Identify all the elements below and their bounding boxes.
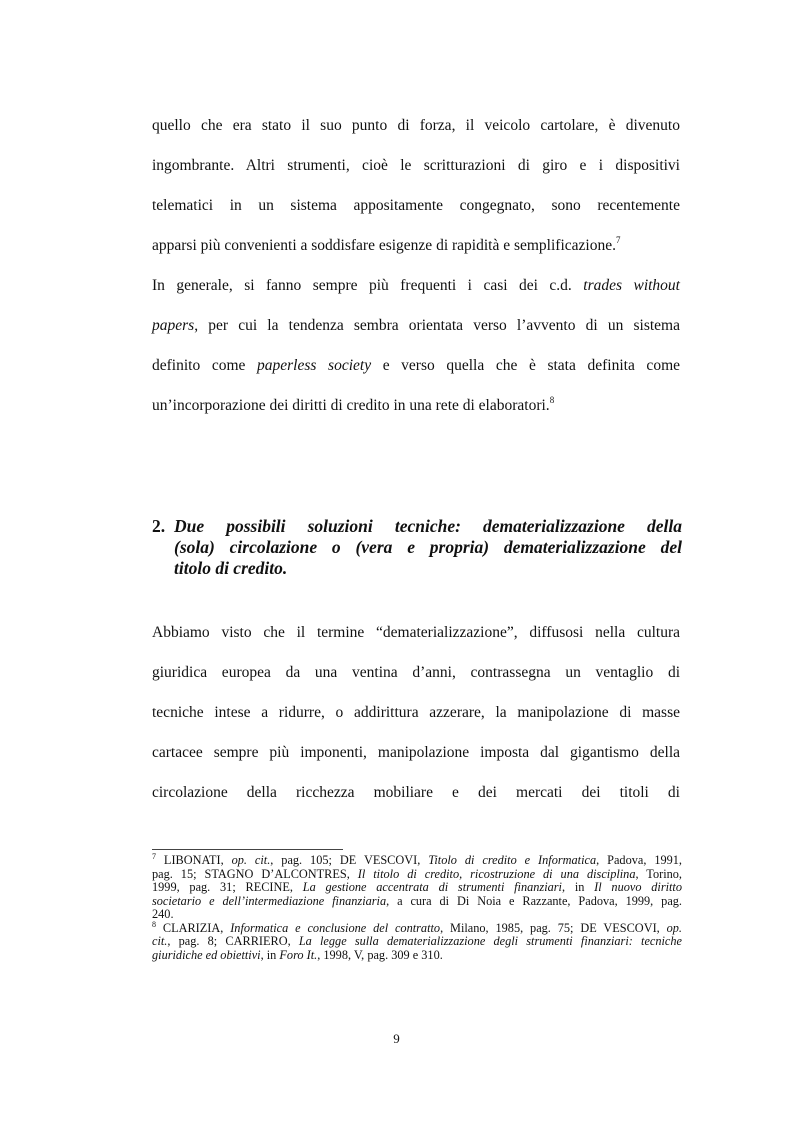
text-line: tecniche intese a ridurre, o addirittura… [152,703,680,723]
text-fragment: , pag. 8; CARRIERO, [167,934,298,948]
heading-line: (sola) circolazione o (vera e propria) d… [174,537,682,558]
text-fragment: , Milano, 1985, pag. 75; DE VESCOVI, [440,921,667,935]
text-line: Abbiamo visto che il termine “dematerial… [152,623,680,643]
text-fragment: , per cui la tendenza sembra orientata v… [194,317,680,334]
text-fragment: , pag. 105; DE VESCOVI, [270,853,428,867]
italic-title: La legge sulla dematerializzazione degli… [299,934,682,948]
italic-term: trades without [583,277,680,294]
footnote-ref-8[interactable]: 8 [550,395,555,405]
text-line: papers, per cui la tendenza sembra orien… [152,316,680,336]
text-fragment: LIBONATI, [156,853,232,867]
italic-title: societario e dell’intermediazione finanz… [152,894,386,908]
footnote-separator [152,849,343,850]
italic-title: Titolo di credito e Informatica [428,853,596,867]
text-line: quello che era stato il suo punto di for… [152,116,680,136]
page-number: 9 [0,1031,793,1047]
text-fragment: , Torino, [635,867,682,881]
text-fragment: e verso quella che è stata definita come [371,357,680,374]
footnote-line: giuridiche ed obiettivi, in Foro It., 19… [152,949,682,962]
text-fragment: un’incorporazione dei diritti di credito… [152,397,550,414]
text-fragment: pag. 15; STAGNO D’ALCONTRES, [152,867,358,881]
italic-title: Il nuovo diritto [594,880,682,894]
italic-term: paperless society [257,357,371,374]
heading-line: Due possibili soluzioni tecniche: demate… [174,516,682,537]
text-fragment: apparsi più convenienti a soddisfare esi… [152,237,616,254]
italic-title: La gestione accentrata di strumenti fina… [303,880,562,894]
italic-term: cit. [152,934,167,948]
text-fragment: , 1998, V, pag. 309 e 310. [317,948,443,962]
text-fragment: 1999, pag. 31; RECINE, [152,880,303,894]
footnote-line: 7 LIBONATI, op. cit., pag. 105; DE VESCO… [152,854,682,867]
text-fragment: , a cura di Di Noia e Razzante, Padova, … [386,894,682,908]
text-line: un’incorporazione dei diritti di credito… [152,396,680,416]
footnote-line: 240. [152,908,682,921]
footnote-ref-7[interactable]: 7 [616,235,621,245]
text-line: telematici in un sistema appositamente c… [152,196,680,216]
footnote-line: 1999, pag. 31; RECINE, La gestione accen… [152,881,682,894]
text-line: cartacee sempre più imponenti, manipolaz… [152,743,680,763]
text-fragment: definito come [152,357,257,374]
footnote-line: societario e dell’intermediazione finanz… [152,895,682,908]
italic-title: Il titolo di credito, ricostruzione di u… [358,867,636,881]
text-line: ingombrante. Altri strumenti, cioè le sc… [152,156,680,176]
text-fragment: , in [261,948,280,962]
text-line: In generale, si fanno sempre più frequen… [152,276,680,296]
document-page: quello che era stato il suo punto di for… [0,0,793,1123]
section-number: 2. [152,516,165,537]
text-fragment: In generale, si fanno sempre più frequen… [152,277,583,294]
text-line: definito come paperless society e verso … [152,356,680,376]
text-line: circolazione della ricchezza mobiliare e… [152,783,680,803]
italic-term: op. cit. [232,853,271,867]
footnote-line: cit., pag. 8; CARRIERO, La legge sulla d… [152,935,682,948]
italic-title: Foro It. [279,948,317,962]
text-fragment: , Padova, 1991, [596,853,682,867]
text-fragment: , in [562,880,594,894]
text-fragment: CLARIZIA, [156,921,230,935]
heading-line: titolo di credito. [174,558,682,579]
italic-title: giuridiche ed obiettivi [152,948,261,962]
italic-term: papers [152,317,194,334]
italic-term: op. [667,921,682,935]
italic-title: Informatica e conclusione del contratto [230,921,440,935]
text-line: giuridica europea da una ventina d’anni,… [152,663,680,683]
text-line: apparsi più convenienti a soddisfare esi… [152,236,680,256]
